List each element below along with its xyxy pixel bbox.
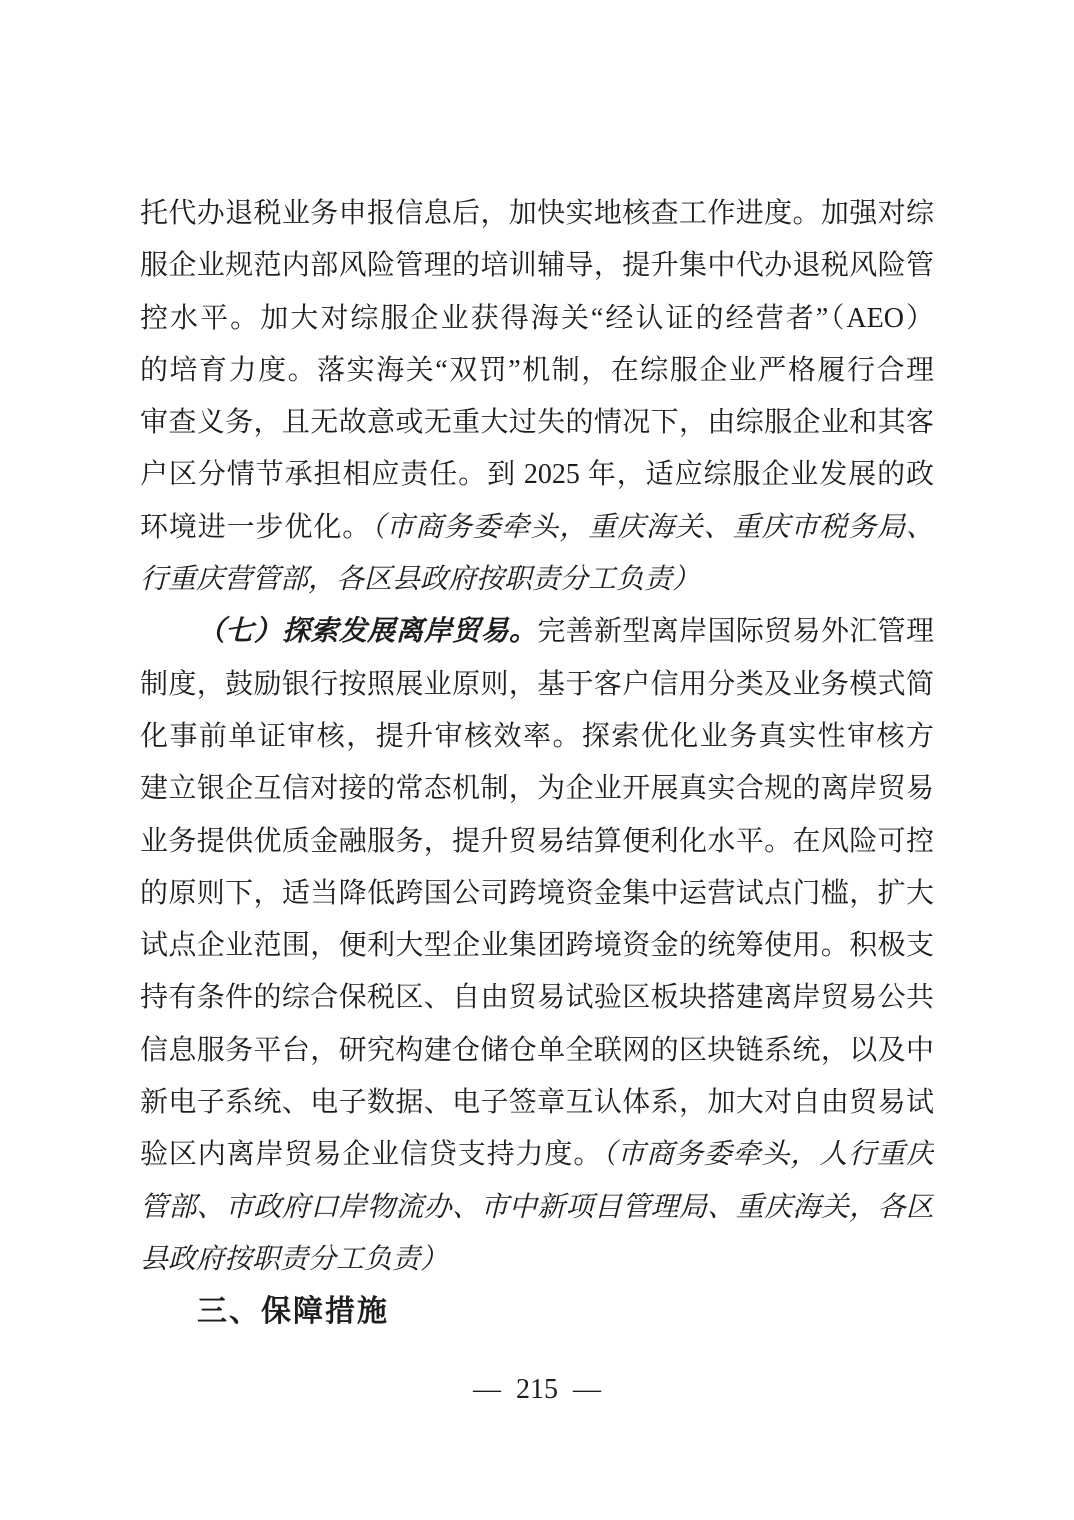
- text-line: 建立银企互信对接的常态机制，为企业开展真实合规的离岸贸易: [140, 763, 934, 815]
- text-line: 持有条件的综合保税区、自由贸易试验区板块搭建离岸贸易公共: [140, 972, 934, 1024]
- text-line: 验区内离岸贸易企业信贷支持力度。（市商务委牵头，人行重庆营: [140, 1129, 934, 1181]
- page-number: — 215 —: [473, 1374, 601, 1405]
- text-line: （七）探索发展离岸贸易。完善新型离岸国际贸易外汇管理: [140, 606, 934, 658]
- text-segment: 化事前单证审核，提升审核效率。探索优化业务真实性审核方式，: [140, 721, 934, 763]
- text-line: 户区分情节承担相应责任。到 2025 年，适应综服企业发展的政策: [140, 449, 934, 501]
- text-segment: 业务提供优质金融服务，提升贸易结算便利化水平。在风险可控: [140, 826, 934, 857]
- text-line: 管部、市政府口岸物流办、市中新项目管理局、重庆海关，各区: [140, 1182, 934, 1234]
- text-segment: 验区内离岸贸易企业信贷支持力度。: [140, 1139, 602, 1170]
- text-line: 制度，鼓励银行按照展业原则，基于客户信用分类及业务模式简: [140, 659, 934, 711]
- text-segment: 托代办退税业务申报信息后，加快实地核查工作进度。加强对综: [140, 198, 934, 229]
- text-line: 控水平。加大对综服企业获得海关“经认证的经营者”（AEO）: [140, 293, 934, 345]
- text-line: 业务提供优质金融服务，提升贸易结算便利化水平。在风险可控: [140, 816, 934, 868]
- text-segment: 控水平。加大对综服企业获得海关“经认证的经营者”（AEO）: [140, 303, 934, 334]
- text-segment: 建立银企互信对接的常态机制，为企业开展真实合规的离岸贸易: [140, 773, 934, 804]
- text-segment: 审查义务，且无故意或无重大过失的情况下，由综服企业和其客: [140, 407, 934, 438]
- document-page: { "page": { "background": "#ffffff", "te…: [0, 0, 1074, 1520]
- attribution-segment: 行重庆营管部，各区县政府按职责分工负责）: [140, 564, 700, 595]
- text-line: 行重庆营管部，各区县政府按职责分工负责）: [140, 554, 934, 606]
- text-segment: 的培育力度。落实海关“双罚”机制，在综服企业严格履行合理: [140, 355, 934, 386]
- text-line: 的培育力度。落实海关“双罚”机制，在综服企业严格履行合理: [140, 345, 934, 397]
- text-segment: 信息服务平台，研究构建仓储仓单全联网的区块链系统，以及中: [140, 1035, 934, 1066]
- subsection-title: （七）探索发展离岸贸易。: [197, 616, 537, 647]
- text-line: 新电子系统、电子数据、电子签章互认体系，加大对自由贸易试: [140, 1077, 934, 1129]
- attribution-segment: 管部、市政府口岸物流办、市中新项目管理局、重庆海关，各区: [140, 1192, 934, 1223]
- text-line: 服企业规范内部风险管理的培训辅导，提升集中代办退税风险管: [140, 240, 934, 292]
- page-footer: — 215 —: [0, 1374, 1074, 1406]
- text-line: 的原则下，适当降低跨国公司跨境资金集中运营试点门槛，扩大: [140, 868, 934, 920]
- text-block: 托代办退税业务申报信息后，加快实地核查工作进度。加强对综 服企业规范内部风险管理…: [140, 188, 934, 1339]
- text-line: 化事前单证审核，提升审核效率。探索优化业务真实性审核方式，: [140, 711, 934, 763]
- text-segment: 制度，鼓励银行按照展业原则，基于客户信用分类及业务模式简: [140, 669, 934, 700]
- text-segment: 的原则下，适当降低跨国公司跨境资金集中运营试点门槛，扩大: [140, 878, 934, 909]
- text-line: 审查义务，且无故意或无重大过失的情况下，由综服企业和其客: [140, 397, 934, 449]
- attribution-segment: 县政府按职责分工负责）: [140, 1244, 448, 1275]
- section-heading: 三、保障措施: [140, 1286, 934, 1338]
- text-line: 县政府按职责分工负责）: [140, 1234, 934, 1286]
- text-line: 试点企业范围，便利大型企业集团跨境资金的统筹使用。积极支: [140, 920, 934, 972]
- text-line: 托代办退税业务申报信息后，加快实地核查工作进度。加强对综: [140, 188, 934, 240]
- text-segment: 新电子系统、电子数据、电子签章互认体系，加大对自由贸易试: [140, 1087, 934, 1118]
- text-segment: 完善新型离岸国际贸易外汇管理: [537, 616, 934, 647]
- text-segment: 服企业规范内部风险管理的培训辅导，提升集中代办退税风险管: [140, 250, 934, 281]
- text-line: 环境进一步优化。（市商务委牵头，重庆海关、重庆市税务局、人: [140, 502, 934, 554]
- text-line: 信息服务平台，研究构建仓储仓单全联网的区块链系统，以及中: [140, 1025, 934, 1077]
- text-segment: 持有条件的综合保税区、自由贸易试验区板块搭建离岸贸易公共: [140, 982, 934, 1013]
- text-segment: 户区分情节承担相应责任。到 2025 年，适应综服企业发展的政策: [140, 459, 934, 501]
- text-segment: 试点企业范围，便利大型企业集团跨境资金的统筹使用。积极支: [140, 930, 934, 961]
- section-heading-text: 三、保障措施: [197, 1295, 389, 1328]
- text-segment: 环境进一步优化。: [140, 512, 371, 543]
